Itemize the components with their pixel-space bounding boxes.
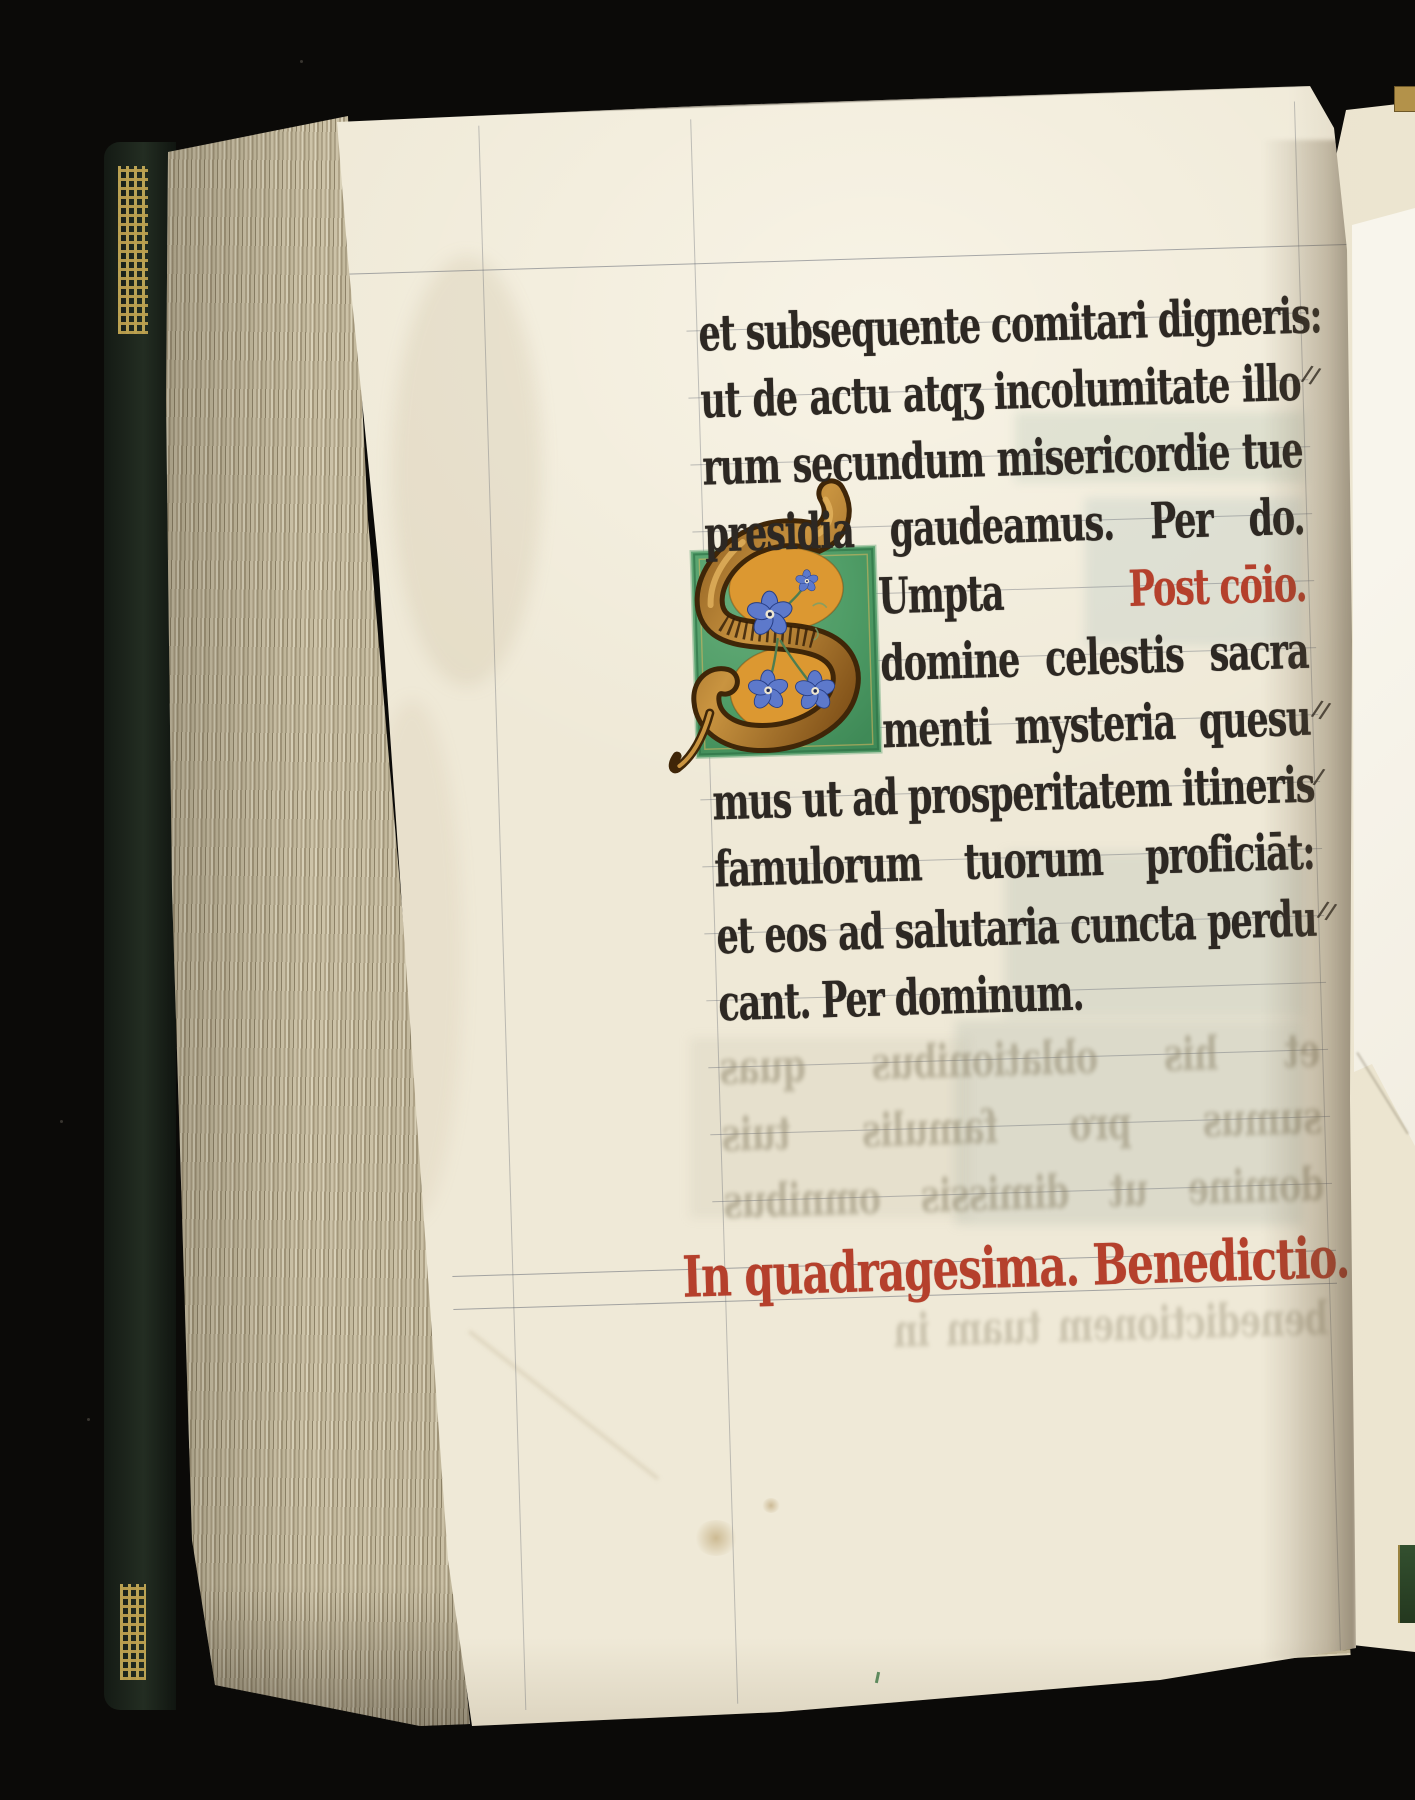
dust-speck [300, 60, 303, 63]
text-segment: menti mysteria quesu [882, 689, 1312, 760]
text-segment: et subsequente comitari digneris: [698, 287, 1322, 364]
gutter-shadow [1262, 140, 1356, 1660]
manuscript-text-block: et subsequente comitari digneris:ut de a… [672, 229, 1347, 1447]
clasp-fragment-bottom [1398, 1545, 1415, 1623]
text-segment: domine celestis sacra [880, 622, 1310, 693]
text-segment: cant. Per dominum. [718, 964, 1084, 1033]
gold-tooling-top [118, 166, 148, 334]
binding-cover-edge [104, 142, 176, 1710]
dust-speck [87, 1418, 90, 1421]
foxing-stain [392, 256, 542, 686]
clasp-fragment-top [1394, 86, 1415, 112]
gold-tooling-bottom [120, 1584, 146, 1680]
brown-stain [762, 1498, 780, 1513]
dust-speck [60, 1120, 63, 1123]
